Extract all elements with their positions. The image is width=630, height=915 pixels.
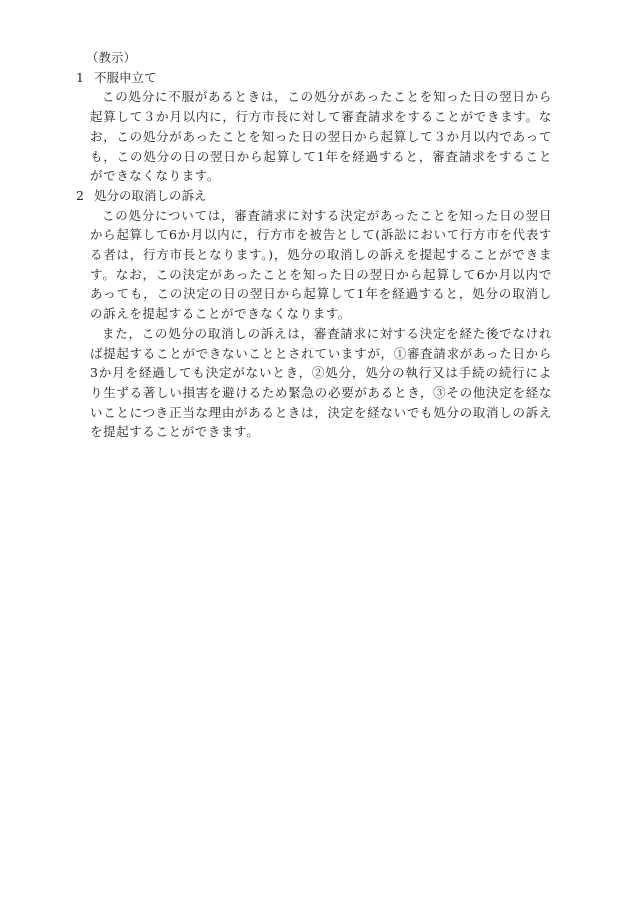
section-revocation-suit: 2 処分の取消しの訴え この処分については，審査請求に対する決定があったことを知… bbox=[76, 186, 552, 442]
document-title: （教示） bbox=[76, 48, 552, 68]
document-page: （教示） 1 不服申立て この処分に不服があるときは，この処分があったことを知っ… bbox=[76, 48, 552, 442]
section-heading-text: 処分の取消しの訴え bbox=[94, 186, 207, 206]
paragraph: この処分に不服があるときは，この処分があったことを知った日の翌日から起算して３か… bbox=[76, 87, 552, 186]
paragraph: また，この処分の取消しの訴えは，審査請求に対する決定を経た後でなければ提起するこ… bbox=[76, 324, 552, 442]
section-heading: 2 処分の取消しの訴え bbox=[76, 186, 552, 206]
paragraph: この処分については，審査請求に対する決定があったことを知った日の翌日から起算して… bbox=[76, 206, 552, 324]
section-number: 2 bbox=[76, 186, 94, 206]
section-heading: 1 不服申立て bbox=[76, 68, 552, 88]
section-heading-text: 不服申立て bbox=[94, 68, 157, 88]
section-appeal: 1 不服申立て この処分に不服があるときは，この処分があったことを知った日の翌日… bbox=[76, 68, 552, 186]
section-number: 1 bbox=[76, 68, 94, 88]
